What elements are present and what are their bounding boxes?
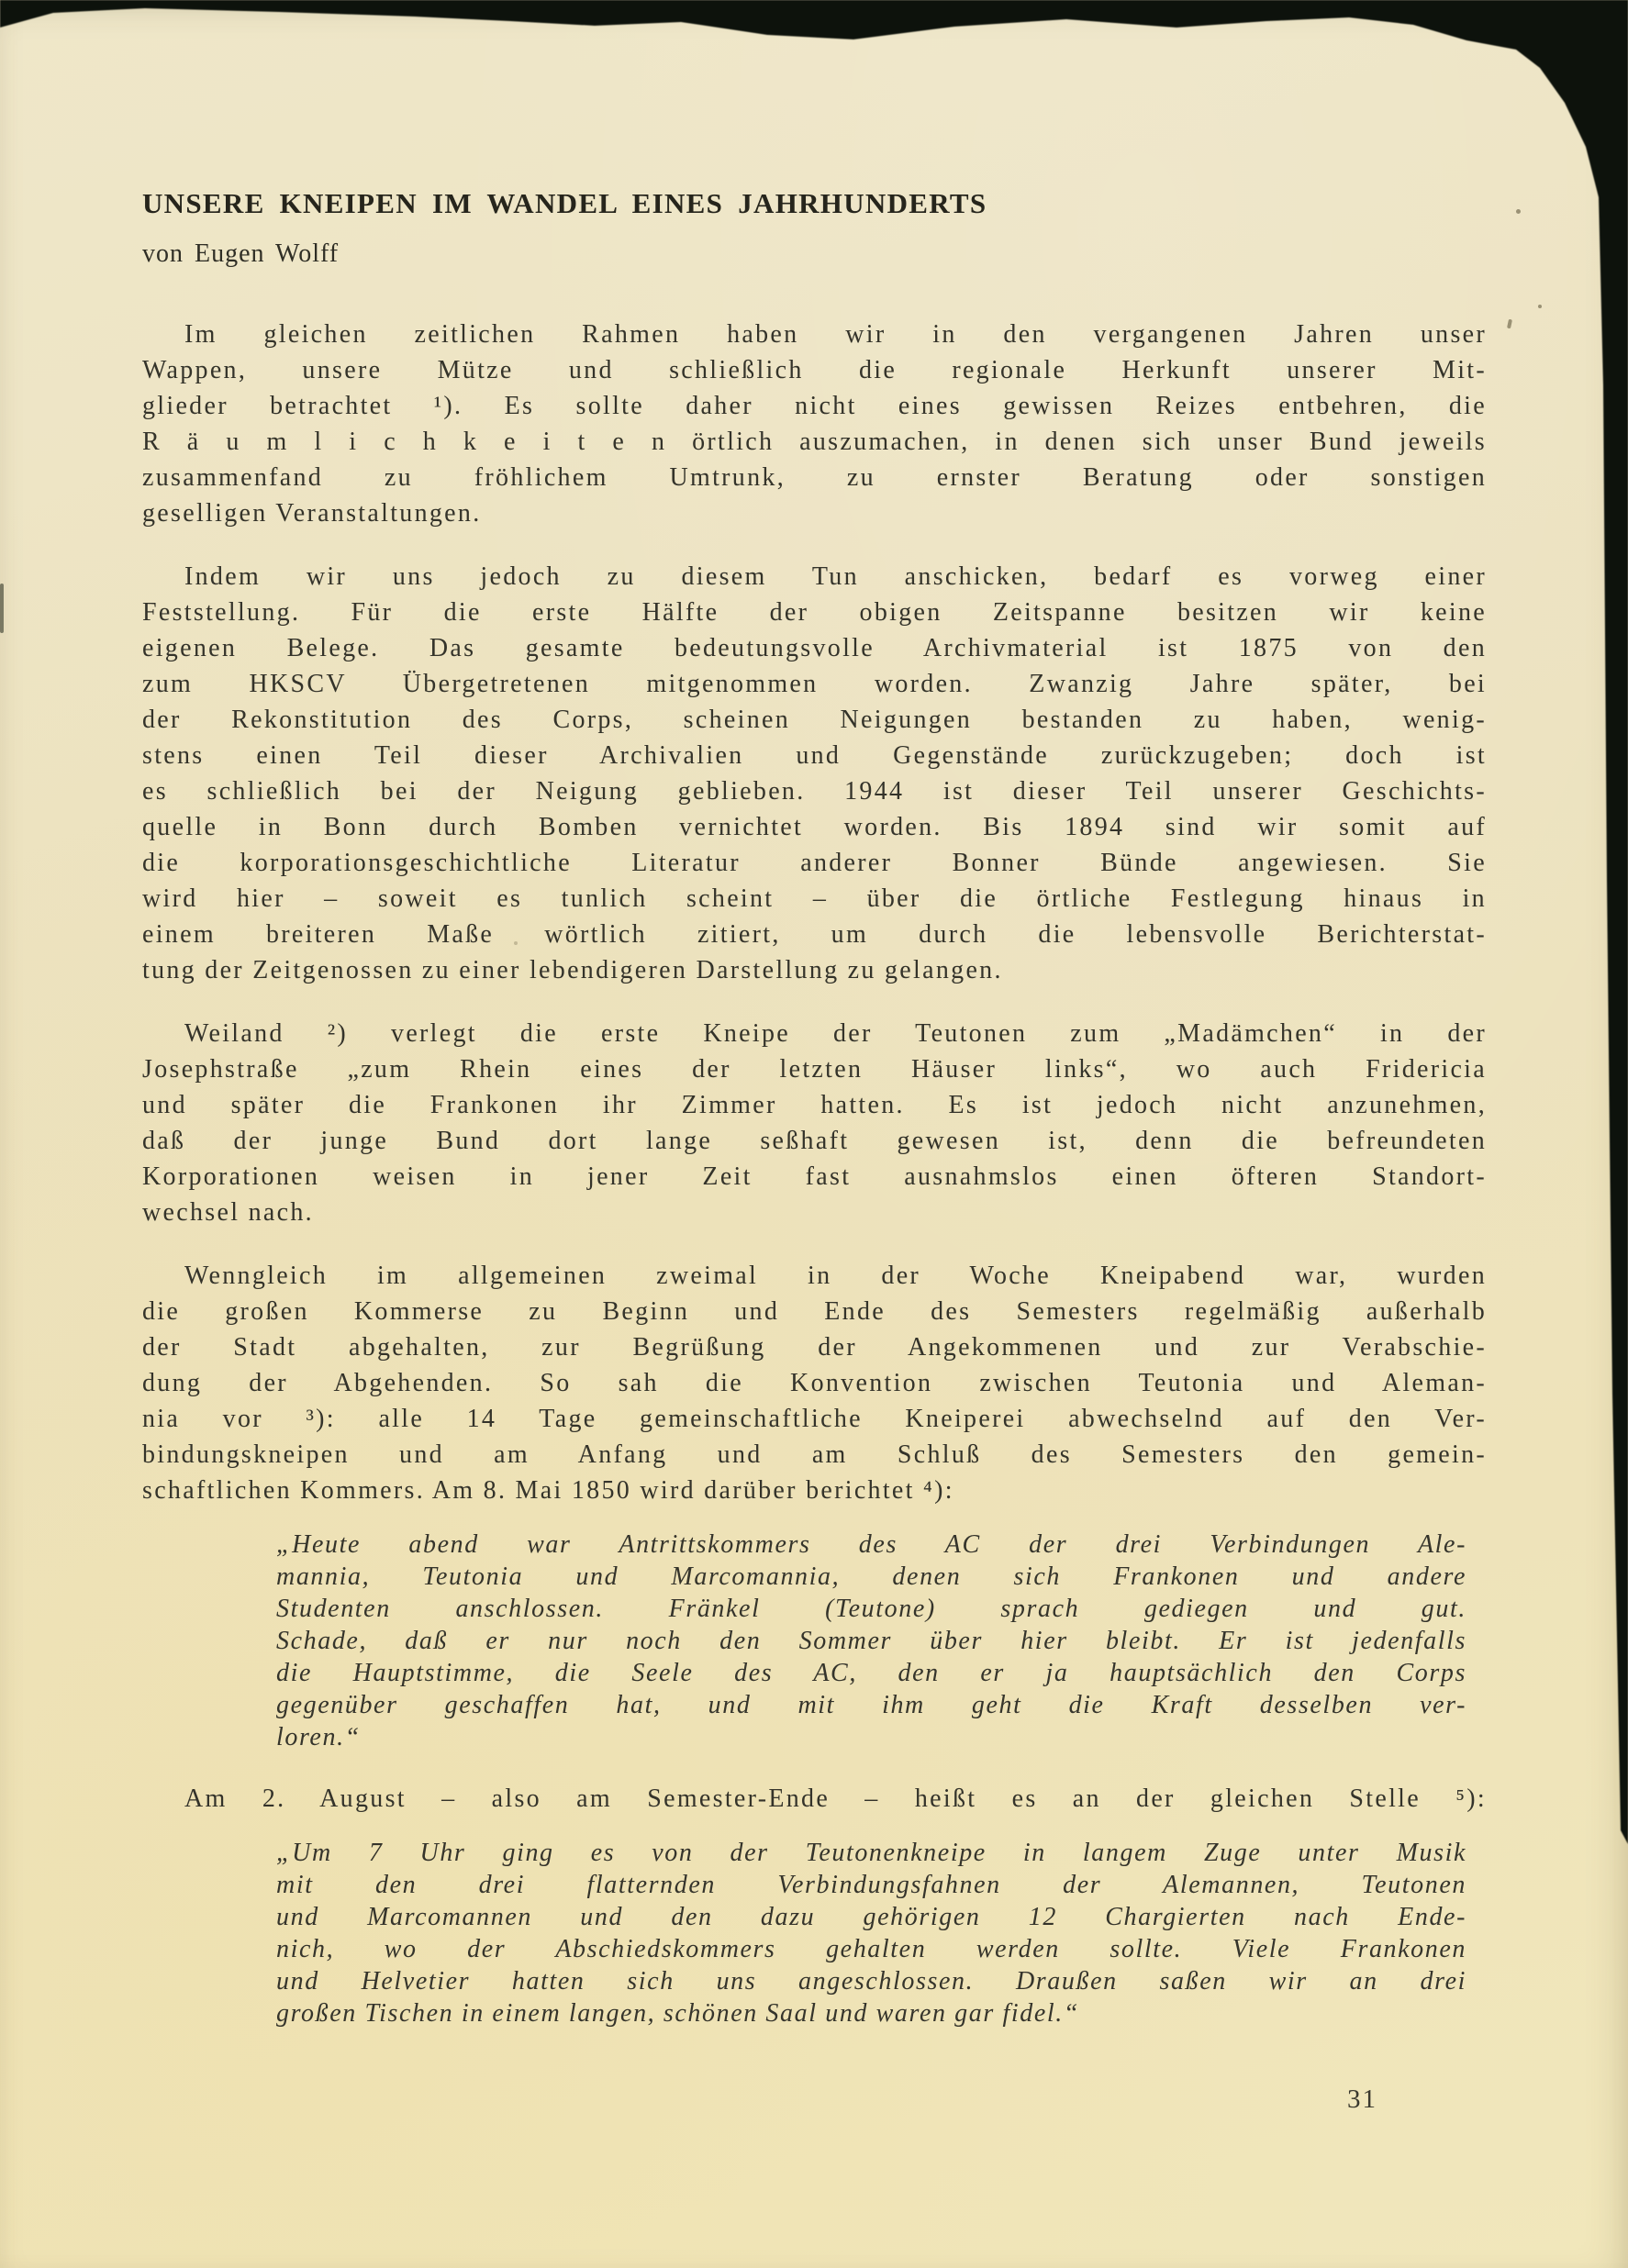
text-line: die großen Kommerse zu Beginn und Ende d… [142, 1294, 1487, 1329]
text-line: bindungskneipen und am Anfang und am Sch… [142, 1437, 1487, 1473]
text-line: mit den drei flatternden Verbindungsfahn… [276, 1869, 1466, 1901]
text-line: dung der Abgehenden. So sah die Konventi… [142, 1365, 1487, 1401]
text-line: es schließlich bei der Neigung geblieben… [142, 773, 1487, 809]
text-line: Feststellung. Für die erste Hälfte der o… [142, 595, 1487, 630]
text-line: tung der Zeitgenossen zu einer lebendige… [142, 952, 1487, 988]
text-line: zusammenfand zu fröhlichem Umtrunk, zu e… [142, 460, 1487, 495]
text-line: und Marcomannen und den dazu gehörigen 1… [276, 1901, 1466, 1933]
text-line: R ä u m l i c h k e i t e n örtlich ausz… [142, 424, 1487, 460]
quote-paragraph-7: „Um 7 Uhr ging es von der Teutonenkneipe… [276, 1837, 1466, 2029]
text-line: quelle in Bonn durch Bomben vernichtet w… [142, 809, 1487, 845]
text-line: Wenngleich im allgemeinen zweimal in der… [142, 1258, 1487, 1294]
text-line: Josephstraße „zum Rhein eines der letzte… [142, 1051, 1487, 1087]
text-line: Schade, daß er nur noch den Sommer über … [276, 1625, 1466, 1657]
text-line: Indem wir uns jedoch zu diesem Tun ansch… [142, 559, 1487, 595]
paragraph-6: Am 2. August – also am Semester-Ende – h… [142, 1781, 1487, 1817]
page-title: UNSERE KNEIPEN IM WANDEL EINES JAHRHUNDE… [142, 187, 987, 220]
byline: von Eugen Wolff [142, 239, 339, 269]
paper-surface: UNSERE KNEIPEN IM WANDEL EINES JAHRHUNDE… [0, 0, 1628, 2268]
text-line: Wappen, unsere Mütze und schließlich die… [142, 352, 1487, 388]
paragraph-4: Wenngleich im allgemeinen zweimal in der… [142, 1258, 1487, 1508]
text-column: Im gleichen zeitlichen Rahmen haben wir … [142, 289, 1487, 2029]
text-line: die Hauptstimme, die Seele des AC, den e… [276, 1657, 1466, 1689]
text-line: „Heute abend war Antrittskommers des AC … [276, 1529, 1466, 1561]
quote-paragraph-5: „Heute abend war Antrittskommers des AC … [276, 1529, 1466, 1753]
text-line: Am 2. August – also am Semester-Ende – h… [142, 1781, 1487, 1817]
text-line: stens einen Teil dieser Archivalien und … [142, 738, 1487, 773]
page-number: 31 [1347, 2085, 1377, 2115]
text-line: Weiland ²) verlegt die erste Kneipe der … [142, 1016, 1487, 1051]
text-line: der Stadt abgehalten, zur Begrüßung der … [142, 1329, 1487, 1365]
text-line: und später die Frankonen ihr Zimmer hatt… [142, 1087, 1487, 1123]
text-line: schaftlichen Kommers. Am 8. Mai 1850 wir… [142, 1473, 1487, 1508]
text-line: geselligen Veranstaltungen. [142, 495, 1487, 531]
text-line: nich, wo der Abschiedskommers gehalten w… [276, 1933, 1466, 1965]
text-line: „Um 7 Uhr ging es von der Teutonenkneipe… [276, 1837, 1466, 1869]
text-line: wechsel nach. [142, 1195, 1487, 1230]
paragraph-2: Indem wir uns jedoch zu diesem Tun ansch… [142, 559, 1487, 988]
text-line: Studenten anschlossen. Fränkel (Teutone)… [276, 1593, 1466, 1625]
left-edge-mark [0, 584, 4, 633]
paper-speck [1516, 209, 1521, 214]
text-line: die korporationsgeschichtliche Literatur… [142, 845, 1487, 881]
text-line: und Helvetier hatten sich uns angeschlos… [276, 1965, 1466, 1997]
text-line: Im gleichen zeitlichen Rahmen haben wir … [142, 317, 1487, 352]
text-line: einem breiteren Maße wörtlich zitiert, u… [142, 917, 1487, 952]
text-line: nia vor ³): alle 14 Tage gemeinschaftlic… [142, 1401, 1487, 1437]
paragraph-1: Im gleichen zeitlichen Rahmen haben wir … [142, 317, 1487, 531]
text-line: mannia, Teutonia und Marcomannia, denen … [276, 1561, 1466, 1593]
text-line: daß der junge Bund dort lange seßhaft ge… [142, 1123, 1487, 1159]
text-line: glieder betrachtet ¹). Es sollte daher n… [142, 388, 1487, 424]
text-line: eigenen Belege. Das gesamte bedeutungsvo… [142, 630, 1487, 666]
scanned-book-page: { "document": { "title": "UNSERE KNEIPEN… [0, 0, 1628, 2268]
text-line: gegenüber geschaffen hat, und mit ihm ge… [276, 1689, 1466, 1721]
paper-speck [1538, 305, 1542, 308]
text-line: wird hier – soweit es tunlich scheint – … [142, 881, 1487, 917]
text-line: großen Tischen in einem langen, schönen … [276, 1997, 1466, 2029]
text-line: Korporationen weisen in jener Zeit fast … [142, 1159, 1487, 1195]
text-line: zum HKSCV Übergetretenen mitgenommen wor… [142, 666, 1487, 702]
text-line: loren.“ [276, 1721, 1466, 1753]
paragraph-3: Weiland ²) verlegt die erste Kneipe der … [142, 1016, 1487, 1230]
text-line: der Rekonstitution des Corps, scheinen N… [142, 702, 1487, 738]
